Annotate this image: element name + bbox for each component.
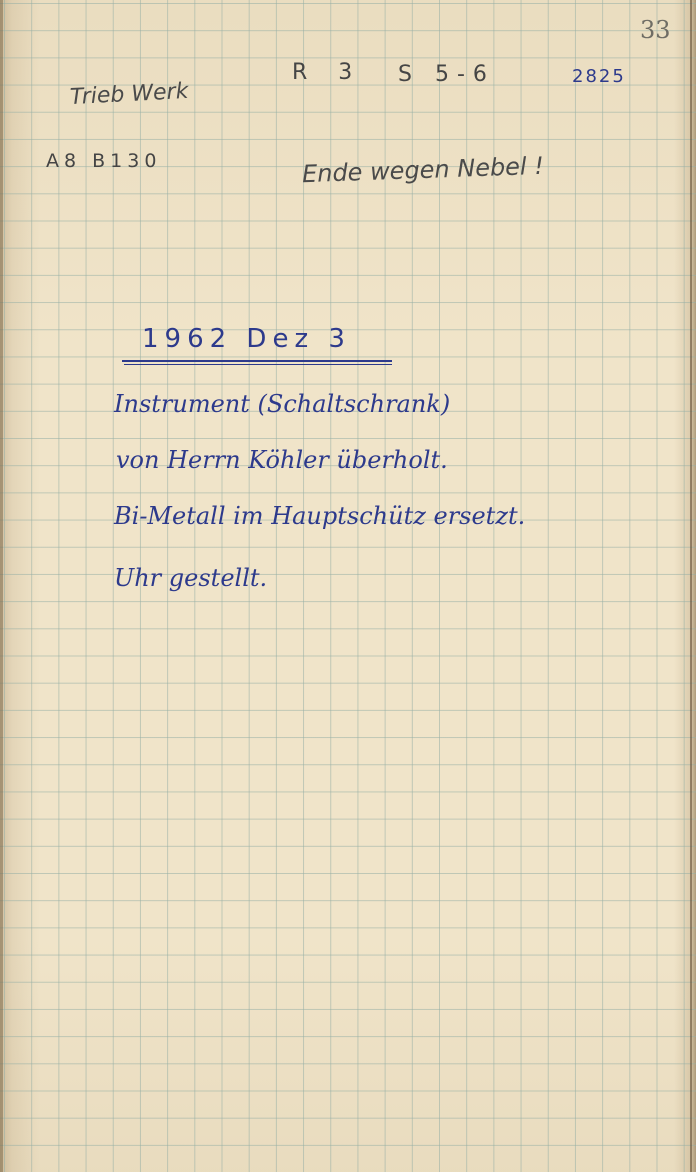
pencil-ref-r: R 3 [292, 62, 364, 84]
date-underline-1 [122, 360, 392, 362]
entry-line: Instrument (Schaltschrank) [114, 392, 450, 416]
binding-edge [0, 0, 3, 1172]
entry-date: 1962 Dez 3 [142, 326, 351, 352]
entry-line: Bi-Metall im Hauptschütz ersetzt. [114, 504, 525, 528]
notebook-page: 33 Trieb Werk A8 B130 R 3 S 5-6 Ende weg… [0, 0, 696, 1172]
pencil-title: Trieb Werk [70, 81, 189, 109]
entry-line: von Herrn Köhler überholt. [116, 448, 448, 472]
pencil-ref-s: S 5-6 [398, 64, 495, 86]
date-underline-2 [124, 364, 392, 365]
pencil-remark: Ende wegen Nebel ! [302, 154, 545, 186]
ink-number: 2825 [572, 68, 626, 86]
entry-line: Uhr gestellt. [114, 566, 267, 590]
pencil-code: A8 B130 [46, 152, 161, 171]
page-number-stamp: 33 [640, 18, 671, 42]
page-edge [690, 0, 692, 1172]
